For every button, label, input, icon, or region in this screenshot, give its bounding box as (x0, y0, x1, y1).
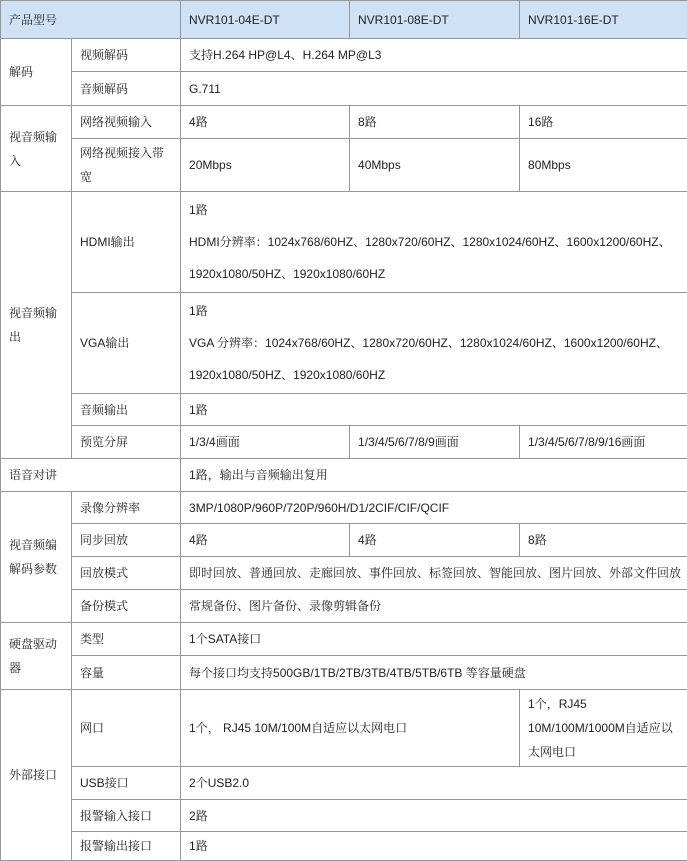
spec-value-cell: 1路HDMI分辨率：1024x768/60HZ、1280x720/60HZ、12… (181, 192, 687, 293)
spec-value-line: VGA 分辨率：1024x768/60HZ、1280x720/60HZ、1280… (189, 327, 681, 391)
spec-value-cell: 4路 (350, 524, 520, 557)
spec-value-cell: 常规备份、图片备份、录像剪辑备份 (181, 590, 687, 623)
spec-value-cell: 即时回放、普通回放、走廊回放、事件回放、标签回放、智能回放、图片回放、外部文件回… (181, 557, 687, 590)
spec-value-cell: 20Mbps (181, 139, 350, 192)
header-cell: NVR101-04E-DT (181, 1, 350, 39)
table-row: 报警输出接口1路 (1, 832, 687, 861)
spec-label-cell: 报警输出接口 (72, 832, 181, 861)
spec-label-cell: 回放模式 (72, 557, 181, 590)
spec-value-cell: 80Mbps (520, 139, 687, 192)
spec-table-body: 解码视频解码支持H.264 HP@L4、H.264 MP@L3音频解码G.711… (1, 39, 687, 861)
spec-value-cell: 16路 (520, 106, 687, 139)
spec-value-cell: 2个USB2.0 (181, 767, 687, 800)
table-row: USB接口2个USB2.0 (1, 767, 687, 800)
spec-value-cell: 1/3/4/5/6/7/8/9/16画面 (520, 426, 687, 459)
spec-value-cell: 3MP/1080P/960P/720P/960H/D1/2CIF/CIF/QCI… (181, 492, 687, 524)
spec-value-cell: 1路 (181, 394, 687, 426)
table-row: 网络视频接入带宽20Mbps40Mbps80Mbps (1, 139, 687, 192)
spec-label-cell: 预览分屏 (72, 426, 181, 459)
spec-value-line: HDMI分辨率：1024x768/60HZ、1280x720/60HZ、1280… (189, 226, 681, 290)
spec-value-cell: 8路 (520, 524, 687, 557)
spec-value-cell: 支持H.264 HP@L4、H.264 MP@L3 (181, 39, 687, 72)
spec-value-cell: 1个， RJ45 10M/100M自适应以太网电口 (181, 690, 520, 767)
spec-value-line: 1路 (189, 295, 681, 327)
table-row: 解码视频解码支持H.264 HP@L4、H.264 MP@L3 (1, 39, 687, 72)
section-label-cell: 视音频输出 (1, 192, 72, 459)
spec-value-cell: 1路 (181, 832, 687, 861)
spec-label-cell: USB接口 (72, 767, 181, 800)
spec-label-cell: 音频解码 (72, 72, 181, 106)
spec-label-cell: 视频解码 (72, 39, 181, 72)
spec-value-cell: 40Mbps (350, 139, 520, 192)
spec-value-cell: 1/3/4画面 (181, 426, 350, 459)
section-label-cell: 语音对讲 (1, 459, 181, 492)
table-row: 备份模式常规备份、图片备份、录像剪辑备份 (1, 590, 687, 623)
spec-label-cell: 录像分辨率 (72, 492, 181, 524)
table-row: 报警输入接口2路 (1, 800, 687, 832)
table-row: 预览分屏1/3/4画面1/3/4/5/6/7/8/9画面1/3/4/5/6/7/… (1, 426, 687, 459)
spec-value-cell: 1个，RJ45 10M/100M/1000M自适应以太网电口 (520, 690, 687, 767)
spec-value-cell: 1个SATA接口 (181, 623, 687, 656)
table-row: VGA输出1路VGA 分辨率：1024x768/60HZ、1280x720/60… (1, 293, 687, 394)
spec-label-cell: 网口 (72, 690, 181, 767)
spec-value-line: 1路 (189, 194, 681, 226)
table-row: 视音频编解码参数录像分辨率3MP/1080P/960P/720P/960H/D1… (1, 492, 687, 524)
spec-value-cell: 每个接口均支持500GB/1TB/2TB/3TB/4TB/5TB/6TB 等容量… (181, 656, 687, 690)
spec-label-cell: 容量 (72, 656, 181, 690)
spec-value-cell: 4路 (181, 106, 350, 139)
header-row: 产品型号NVR101-04E-DTNVR101-08E-DTNVR101-16E… (1, 1, 687, 39)
spec-label-cell: 网络视频接入带宽 (72, 139, 181, 192)
header-cell: NVR101-08E-DT (350, 1, 520, 39)
table-row: 回放模式即时回放、普通回放、走廊回放、事件回放、标签回放、智能回放、图片回放、外… (1, 557, 687, 590)
section-label-cell: 视音频输入 (1, 106, 72, 192)
table-row: 语音对讲1路，输出与音频输出复用 (1, 459, 687, 492)
spec-label-cell: 网络视频输入 (72, 106, 181, 139)
spec-label-cell: 备份模式 (72, 590, 181, 623)
table-row: 同步回放4路4路8路 (1, 524, 687, 557)
header-cell: 产品型号 (1, 1, 181, 39)
spec-value-cell: 1路，输出与音频输出复用 (181, 459, 687, 492)
spec-label-cell: 音频输出 (72, 394, 181, 426)
table-row: 音频解码G.711 (1, 72, 687, 106)
table-row: 容量每个接口均支持500GB/1TB/2TB/3TB/4TB/5TB/6TB 等… (1, 656, 687, 690)
table-row: 音频输出1路 (1, 394, 687, 426)
table-row: 硬盘驱动器类型1个SATA接口 (1, 623, 687, 656)
spec-label-cell: 同步回放 (72, 524, 181, 557)
spec-value-cell: 2路 (181, 800, 687, 832)
section-label-cell: 硬盘驱动器 (1, 623, 72, 690)
table-row: 外部接口网口1个， RJ45 10M/100M自适应以太网电口1个，RJ45 1… (1, 690, 687, 767)
spec-value-cell: 1/3/4/5/6/7/8/9画面 (350, 426, 520, 459)
spec-value-cell: 4路 (181, 524, 350, 557)
section-label-cell: 外部接口 (1, 690, 72, 861)
spec-table-header: 产品型号NVR101-04E-DTNVR101-08E-DTNVR101-16E… (1, 1, 687, 39)
spec-label-cell: 类型 (72, 623, 181, 656)
header-cell: NVR101-16E-DT (520, 1, 687, 39)
section-label-cell: 视音频编解码参数 (1, 492, 72, 623)
spec-value-cell: 8路 (350, 106, 520, 139)
table-row: 视音频输出HDMI输出1路HDMI分辨率：1024x768/60HZ、1280x… (1, 192, 687, 293)
spec-label-cell: HDMI输出 (72, 192, 181, 293)
spec-value-cell: 1路VGA 分辨率：1024x768/60HZ、1280x720/60HZ、12… (181, 293, 687, 394)
section-label-cell: 解码 (1, 39, 72, 106)
spec-label-cell: VGA输出 (72, 293, 181, 394)
spec-table: 产品型号NVR101-04E-DTNVR101-08E-DTNVR101-16E… (0, 0, 687, 861)
spec-value-cell: G.711 (181, 72, 687, 106)
spec-label-cell: 报警输入接口 (72, 800, 181, 832)
table-row: 视音频输入网络视频输入4路8路16路 (1, 106, 687, 139)
